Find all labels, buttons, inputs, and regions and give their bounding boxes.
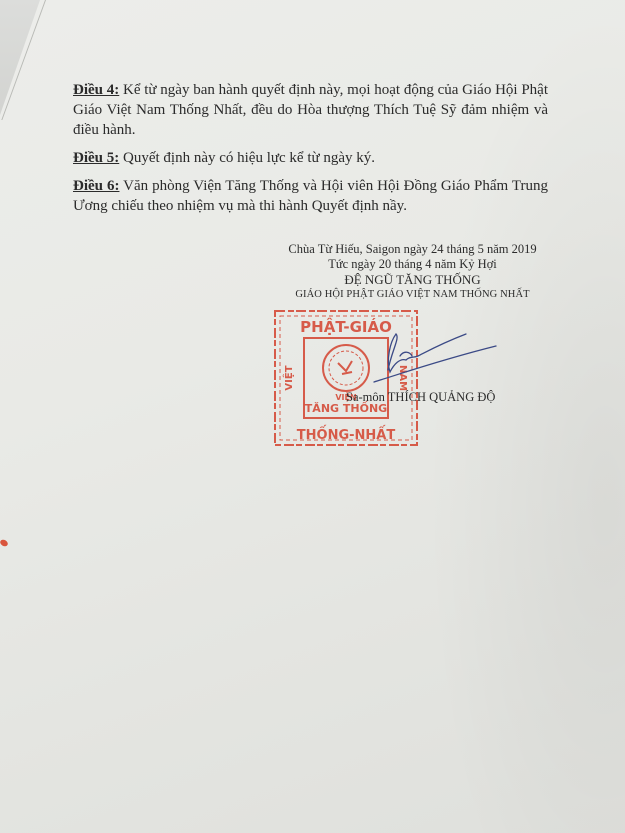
lunar-date: Tức ngày 20 tháng 4 năm Kỷ Hợi [265,257,560,272]
svg-text:VIỆT: VIỆT [282,365,295,390]
article-text: Quyết định này có hiệu lực kể từ ngày ký… [123,150,375,166]
article-text: Kể từ ngày ban hành quyết định này, mọi … [73,82,548,138]
article-4: Điều 4: Kể từ ngày ban hành quyết định n… [73,80,548,140]
place-date: Chùa Từ Hiếu, Saigon ngày 24 tháng 5 năm… [265,242,560,257]
position-title: ĐỆ NGŨ TĂNG THỐNG [265,272,560,287]
signer-name: Sa-môn THÍCH QUẢNG ĐỘ [346,390,495,405]
signature-block: Chùa Từ Hiếu, Saigon ngày 24 tháng 5 năm… [265,242,560,302]
ink-mark [0,538,9,547]
article-label: Điều 4: [73,82,119,98]
article-label: Điều 6: [73,178,119,194]
article-text: Văn phòng Viện Tăng Thống và Hội viên Hộ… [73,178,548,214]
article-5: Điều 5: Quyết định này có hiệu lực kể từ… [73,148,548,168]
article-6: Điều 6: Văn phòng Viện Tăng Thống và Hội… [73,176,548,216]
handwritten-signature [370,330,500,390]
underlying-sheet [0,0,60,120]
articles: Điều 4: Kể từ ngày ban hành quyết định n… [73,80,548,224]
organization-name: GIÁO HỘI PHẬT GIÁO VIỆT NAM THỐNG NHẤT [265,287,560,302]
article-label: Điều 5: [73,150,119,166]
svg-text:THỐNG-NHẤT: THỐNG-NHẤT [297,425,396,443]
